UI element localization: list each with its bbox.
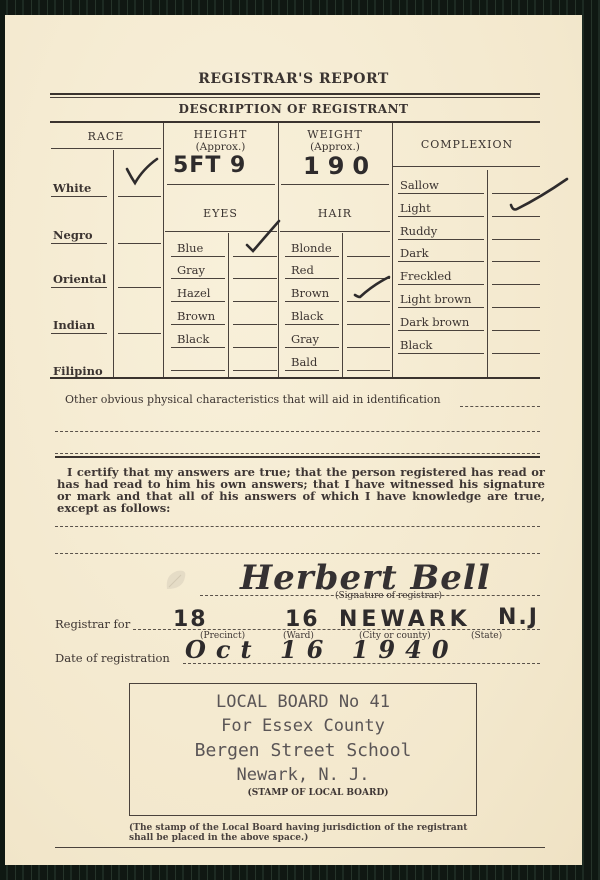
race-option-indian: Indian xyxy=(53,318,95,332)
form-subtitle: DESCRIPTION OF REGISTRANT xyxy=(5,102,582,116)
height-label: HEIGHT xyxy=(194,128,248,141)
eyes-option-black: Black xyxy=(177,332,209,346)
weight-label: WEIGHT xyxy=(307,128,362,141)
registrar-for-label: Registrar for xyxy=(55,617,130,631)
race-option-filipino: Filipino xyxy=(53,364,103,378)
hair-option-blonde: Blonde xyxy=(291,241,332,255)
complexion-light-checkmark-icon[interactable] xyxy=(505,175,571,215)
hair-check-divider xyxy=(342,233,343,378)
hair-option-black: Black xyxy=(291,309,323,323)
race-height-divider xyxy=(163,123,164,378)
complexion-option-freckled: Freckled xyxy=(400,269,452,283)
hair-option-gray: Gray xyxy=(291,332,319,346)
race-white-checkmark-icon[interactable] xyxy=(123,155,163,187)
height-approx: (Approx.) xyxy=(163,141,278,153)
stamp-line-school: Bergen Street School xyxy=(130,740,476,761)
exceptions-field[interactable] xyxy=(55,507,540,527)
certification-rule xyxy=(55,456,540,458)
race-option-white: White xyxy=(53,181,91,195)
signature-caption: (Signature of registrar) xyxy=(335,591,442,601)
eyes-blue-checkmark-icon[interactable] xyxy=(243,219,283,255)
stamp-footnote: (The stamp of the Local Board having jur… xyxy=(129,823,489,843)
hair-option-red: Red xyxy=(291,263,314,277)
complexion-check-divider xyxy=(487,170,488,378)
complexion-option-dark-brown: Dark brown xyxy=(400,315,469,329)
race-header-rule xyxy=(51,148,161,149)
weight-header: WEIGHT (Approx.) xyxy=(278,129,392,153)
precinct-value[interactable]: 18 xyxy=(173,607,208,632)
eyes-option-blue: Blue xyxy=(177,241,203,255)
eyes-check-divider xyxy=(228,233,229,378)
local-board-stamp-box: LOCAL BOARD No 41 For Essex County Berge… xyxy=(129,683,477,816)
eyes-option-brown: Brown xyxy=(177,309,215,323)
race-option-negro: Negro xyxy=(53,228,93,242)
height-value-rule xyxy=(167,184,275,185)
eyes-option-hazel: Hazel xyxy=(177,286,210,300)
complexion-option-black: Black xyxy=(400,338,432,352)
complexion-option-ruddy: Ruddy xyxy=(400,224,437,238)
title-rule-bottom xyxy=(50,97,540,98)
ward-value[interactable]: 16 xyxy=(285,607,320,632)
eyes-option-gray: Gray xyxy=(177,263,205,277)
table-top-rule xyxy=(50,121,540,123)
stamp-line-county: For Essex County xyxy=(130,716,476,736)
complexion-option-sallow: Sallow xyxy=(400,178,439,192)
hair-brown-checkmark-icon[interactable] xyxy=(351,273,393,301)
date-of-registration-value[interactable]: Oct 16 1940 xyxy=(185,635,459,664)
date-of-registration-label: Date of registration xyxy=(55,651,170,665)
hair-option-brown: Brown xyxy=(291,286,329,300)
city-value[interactable]: NEWARK xyxy=(339,607,471,632)
height-header: HEIGHT (Approx.) xyxy=(163,129,278,153)
weight-complexion-divider xyxy=(392,123,393,378)
complexion-option-light: Light xyxy=(400,201,431,215)
complexion-option-light-brown: Light brown xyxy=(400,292,471,306)
height-value[interactable]: 5FT 9 xyxy=(173,153,246,178)
state-caption: (State) xyxy=(471,631,502,641)
race-option-oriental: Oriental xyxy=(53,272,106,286)
complexion-header: COMPLEXION xyxy=(392,139,542,151)
state-value[interactable]: N.J xyxy=(498,605,539,630)
race-header: RACE xyxy=(50,131,162,143)
race-checkbox-divider xyxy=(113,150,114,378)
complexion-header-rule xyxy=(393,166,540,167)
complexion-option-dark: Dark xyxy=(400,246,429,260)
hair-header: HAIR xyxy=(278,208,392,220)
hair-header-rule xyxy=(280,231,390,232)
registration-card: REGISTRAR'S REPORT DESCRIPTION OF REGIST… xyxy=(5,15,582,865)
weight-value-rule xyxy=(281,184,389,185)
leaf-watermark-icon xyxy=(163,567,189,593)
other-characteristics-label: Other obvious physical characteristics t… xyxy=(65,393,441,406)
table-bottom-rule xyxy=(50,377,540,379)
stamp-line-city: Newark, N. J. xyxy=(130,765,476,785)
stamp-caption: (STAMP OF LOCAL BOARD) xyxy=(130,788,476,798)
title-rule-top xyxy=(50,93,540,95)
form-title: REGISTRAR'S REPORT xyxy=(5,71,582,87)
stamp-line-board: LOCAL BOARD No 41 xyxy=(130,692,476,712)
other-characteristics-field[interactable] xyxy=(55,411,540,431)
weight-value[interactable]: 190 xyxy=(303,152,377,180)
hair-option-bald: Bald xyxy=(291,355,317,369)
bottom-rule xyxy=(55,847,545,848)
